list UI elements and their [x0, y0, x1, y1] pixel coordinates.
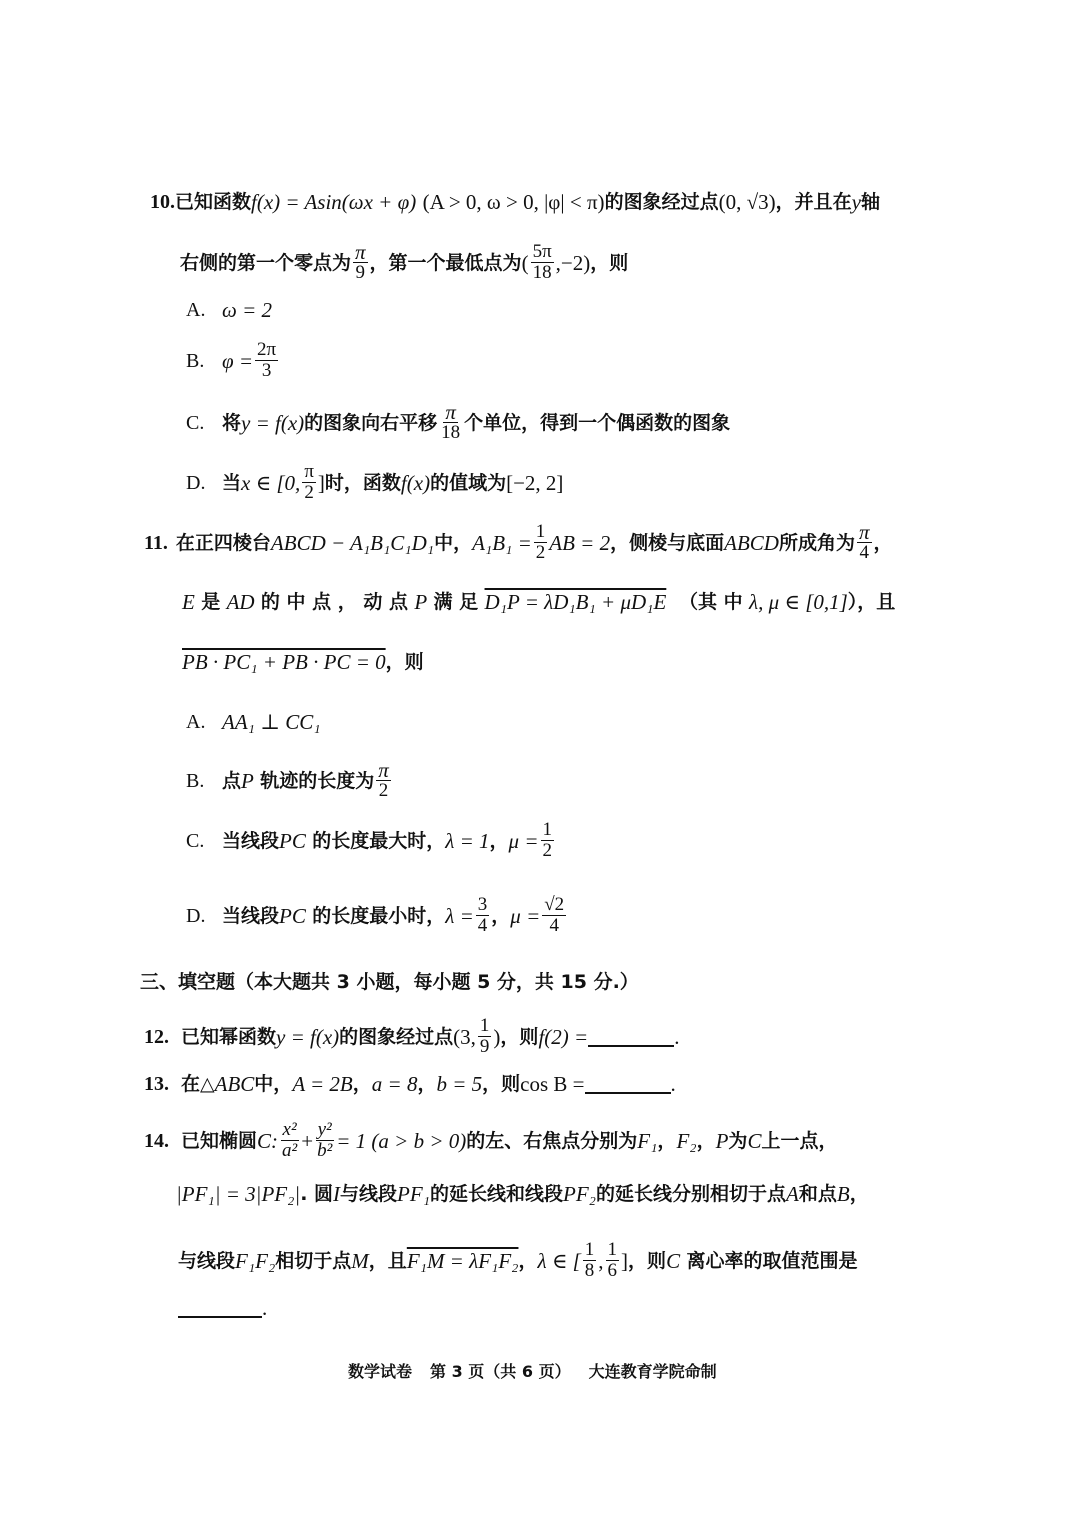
fraction: π18 [439, 402, 462, 443]
q14-line2: |PF₁| = 3|PF₂| . 圆 I 与线段 PF₁ 的延长线和线段 PF₂… [176, 1182, 869, 1206]
page-footer: 数学试卷 第 3 页（共 6 页） 大连教育学院命制 [348, 1360, 717, 1384]
option-label: A. [186, 298, 222, 322]
q10-stem-line1: 10. 已知函数 f(x) = Asin(ωx + φ) (A > 0, ω >… [150, 190, 880, 214]
fraction: π2 [302, 462, 316, 503]
option-label: B. [186, 769, 222, 793]
q11-option-a: A. AA₁ ⊥ CC₁ [186, 710, 321, 734]
fraction: √24 [542, 895, 566, 936]
q10-option-c: C. 将 y = f(x) 的图象向右平移 π18 个单位，得到一个偶函数的图象 [186, 402, 730, 443]
fraction: 12 [534, 522, 548, 563]
fraction: π2 [376, 760, 391, 801]
fraction: 2π3 [255, 340, 278, 381]
vector-equation: F₁M = λF₁F₂ [407, 1249, 519, 1273]
fraction: π4 [857, 522, 872, 563]
fraction: y²b² [315, 1120, 334, 1161]
q11-option-d: D. 当线段 PC 的长度最小时， λ = 34 ， μ = √24 [186, 895, 568, 936]
footer-page: 第 3 页（共 6 页） [430, 1360, 571, 1384]
q14-line1: 14. 已知椭圆 C: x²a² + y²b² = 1 (a > b > 0) … [144, 1120, 837, 1161]
fraction: 5π18 [531, 242, 554, 283]
option-label: D. [186, 471, 222, 495]
q10-stem-line2: 右侧的第一个零点为 π9 ，第一个最低点为 ( 5π18 ,−2) ，则 [180, 242, 628, 283]
section-heading: 三、填空题（本大题共 3 小题，每小题 5 分，共 15 分.） [140, 970, 639, 994]
fraction: 19 [478, 1016, 492, 1057]
answer-blank[interactable] [585, 1074, 671, 1094]
q14-line3: 与线段 F₁F₂ 相切于点 M ，且 F₁M = λF₁F₂ ， λ ∈ [ 1… [178, 1240, 857, 1281]
q10-option-d: D. 当 x ∈ [0, π2 ] 时，函数 f(x) 的值域为 [−2, 2] [186, 462, 563, 503]
footer-publisher: 大连教育学院命制 [589, 1360, 717, 1384]
footer-subject: 数学试卷 [348, 1360, 412, 1384]
question-number: 10. [150, 190, 175, 214]
option-label: B. [186, 349, 222, 373]
q11-stem-line3: PB · PC₁ + PB · PC = 0 ，则 [182, 650, 424, 674]
fraction: π9 [353, 242, 368, 283]
question-number: 11. [144, 531, 168, 555]
question-number: 12. [144, 1025, 169, 1049]
vector-equation: D₁P = λD₁B₁ + μD₁E [485, 590, 667, 614]
question-number: 13. [144, 1072, 169, 1096]
q10-option-a: A. ω = 2 [186, 298, 272, 322]
option-label: C. [186, 411, 222, 435]
vector-equation: PB · PC₁ + PB · PC = 0 [182, 650, 386, 674]
question-number: 14. [144, 1129, 169, 1153]
option-label: C. [186, 829, 222, 853]
fraction: 34 [476, 895, 490, 936]
q10-option-b: B. φ = 2π3 [186, 340, 280, 381]
q11-stem-line1: 11. 在正四棱台 ABCD − A₁B₁C₁D₁ 中， A₁B₁ = 12 A… [144, 522, 893, 563]
answer-blank[interactable] [178, 1298, 262, 1318]
fraction: 12 [541, 820, 555, 861]
q11-stem-line2: E 是 AD 的 中 点 ， 动 点 P 满 足 D₁P = λD₁B₁ + μ… [182, 590, 895, 614]
option-label: D. [186, 904, 222, 928]
q11-option-b: B. 点 P 轨迹的长度为 π2 [186, 760, 393, 801]
answer-blank[interactable] [588, 1027, 674, 1047]
q13: 13. 在△ ABC 中， A = 2B ， a = 8 ， b = 5 ，则 … [144, 1072, 676, 1096]
fraction: 18 [583, 1240, 597, 1281]
q12: 12. 已知幂函数 y = f(x) 的图象经过点 (3, 19 ) ，则 f(… [144, 1016, 679, 1057]
fraction: x²a² [280, 1120, 299, 1161]
q11-option-c: C. 当线段 PC 的长度最大时， λ = 1 ， μ = 12 [186, 820, 556, 861]
function-expr: f(x) = Asin(ωx + φ) [251, 190, 416, 214]
fraction: 16 [606, 1240, 620, 1281]
option-label: A. [186, 710, 222, 734]
q14-answer-line: . [178, 1296, 267, 1320]
